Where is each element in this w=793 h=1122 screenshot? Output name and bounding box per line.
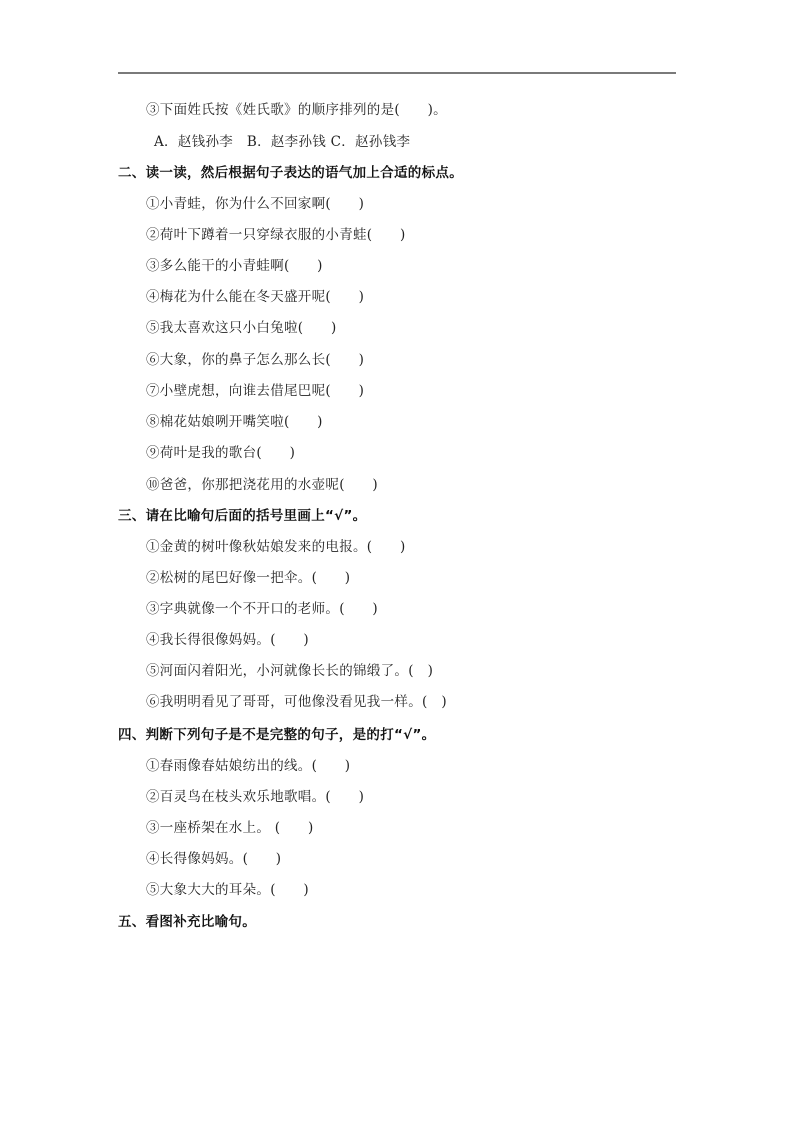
section-2-item-2: ②荷叶下蹲着一只穿绿衣服的小青蛙( ) [146,226,406,244]
section-3-item-5: ⑤河面闪着阳光，小河就像长长的锦缎了。( ) [146,662,433,680]
section-3-item-1: ①金黄的树叶像秋姑娘发来的电报。( ) [146,538,406,556]
section-2-item-7: ⑦小壁虎想，向谁去借尾巴呢( ) [146,382,364,400]
section-3-item-2: ②松树的尾巴好像一把伞。( ) [146,569,350,587]
section-3-heading: 三、请在比喻句后面的括号里画上“√”。 [118,507,366,525]
header-rule [118,72,676,74]
question-3-surname-order: ③下面姓氏按《姓氏歌》的顺序排列的是( )。 [146,101,447,119]
section-4-item-1: ①春雨像春姑娘纺出的线。( ) [146,757,350,775]
section-4-heading: 四、判断下列句子是不是完整的句子，是的打“√”。 [118,726,435,744]
section-3-item-3: ③字典就像一个不开口的老师。( ) [146,600,378,618]
section-2-heading: 二、读一读，然后根据句子表达的语气加上合适的标点。 [118,164,463,182]
section-2-item-3: ③多么能干的小青蛙啊( ) [146,257,323,275]
section-2-item-1: ①小青蛙，你为什么不回家啊( ) [146,195,364,213]
section-2-item-6: ⑥大象，你的鼻子怎么那么长( ) [146,351,364,369]
question-3-options: A．赵钱孙李 B．赵李孙钱 C．赵孙钱李 [154,133,410,151]
section-4-item-3: ③一座桥架在水上。 ( ) [146,819,314,837]
section-2-item-9: ⑨荷叶是我的歌台( ) [146,444,295,462]
section-4-item-4: ④长得像妈妈。( ) [146,850,281,868]
section-2-item-4: ④梅花为什么能在冬天盛开呢( ) [146,288,364,306]
section-3-item-6: ⑥我明明看见了哥哥，可他像没看见我一样。( ) [146,693,447,711]
section-2-item-8: ⑧棉花姑娘咧开嘴笑啦( ) [146,413,323,431]
section-4-item-2: ②百灵鸟在枝头欢乐地歌唱。( ) [146,788,364,806]
section-3-item-4: ④我长得很像妈妈。( ) [146,631,309,649]
section-2-item-10: ⑩爸爸，你那把浇花用的水壶呢( ) [146,476,378,494]
section-4-item-5: ⑤大象大大的耳朵。( ) [146,881,309,899]
section-5-heading: 五、看图补充比喻句。 [118,913,256,931]
section-2-item-5: ⑤我太喜欢这只小白兔啦( ) [146,319,337,337]
